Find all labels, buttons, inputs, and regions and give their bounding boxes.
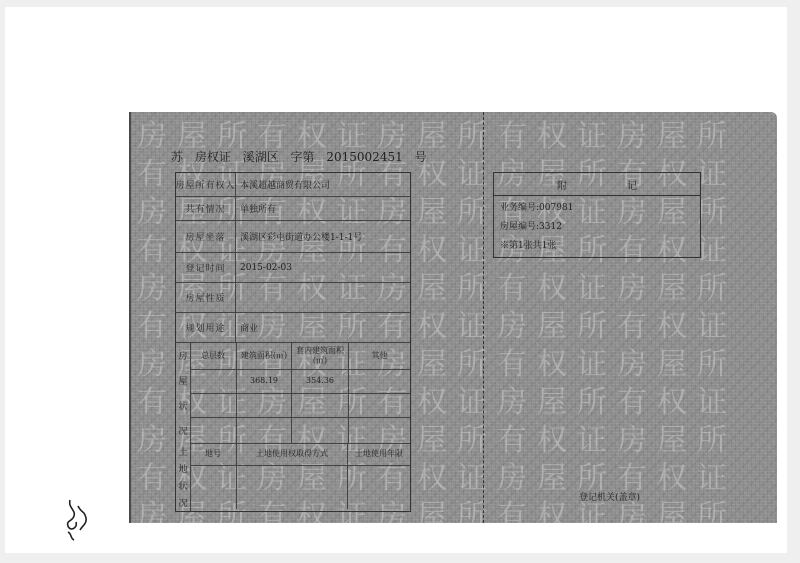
handwritten-signature <box>62 496 92 542</box>
cell-empty <box>190 393 237 417</box>
field-label: 房屋所有权人 <box>176 173 236 196</box>
heading-prefix: 苏 <box>171 150 183 164</box>
status-empty-row <box>190 417 410 444</box>
issuing-authority: 登记机关(盖章) <box>579 490 640 503</box>
cell-empty <box>348 465 410 509</box>
land-header-row: 地号 土地使用权取得方式 土地使用年限 <box>190 443 410 466</box>
side-char: 土 <box>178 445 187 458</box>
status-empty-row <box>190 393 410 418</box>
scanned-certificate: 房屋所有权证房屋所有权证房屋所有权证房屋所有权证房屋所有权证房屋所有权证房屋所有… <box>129 112 777 523</box>
field-row-co-ownership: 共有情况 单独所有 <box>176 197 410 221</box>
field-row-owner: 房屋所有权人 本溪超越商贸有限公司 <box>176 173 410 197</box>
side-char: 屋 <box>178 374 187 387</box>
cell-empty <box>237 393 292 417</box>
fold-line <box>483 112 484 523</box>
field-value: 2015-02-03 <box>236 263 292 273</box>
header-land-acquisition: 土地使用权取得方式 <box>237 443 348 465</box>
certificate-heading: 苏 房权证 溪湖区 字第 2015002451 号 <box>171 148 435 165</box>
header-other: 其他 <box>349 343 410 369</box>
heading-number: 2015002451 <box>326 150 402 164</box>
cell-empty <box>292 417 349 443</box>
house-status-side-label: 房 屋 状 况 <box>176 343 191 443</box>
cell-floors <box>190 369 237 393</box>
cell-empty <box>349 417 410 443</box>
cell-empty <box>237 417 292 443</box>
cell-empty <box>292 393 349 417</box>
field-row-planned-use: 规划用途 商业 <box>176 313 410 343</box>
cell-other <box>349 369 410 393</box>
cell-empty <box>237 465 348 509</box>
side-char: 地 <box>178 462 187 475</box>
header-land-term: 土地使用年限 <box>348 443 410 465</box>
status-data-row: 368.19 354.36 <box>190 369 410 394</box>
status-header-row: 总层数 建筑面积(㎡) 套内建筑面积(㎡) 其他 <box>190 343 410 370</box>
side-char: 状 <box>178 479 187 492</box>
header-lot-no: 地号 <box>190 443 237 465</box>
land-status-side-label: 土 地 状 况 <box>176 443 191 511</box>
field-label: 房屋性质 <box>176 283 236 312</box>
field-label: 登记时间 <box>176 253 236 282</box>
side-char: 状 <box>178 399 187 412</box>
field-value: 本溪超越商贸有限公司 <box>236 178 330 191</box>
field-value: 商业 <box>236 321 258 334</box>
cell-inner-area: 354.36 <box>292 369 349 393</box>
field-value: 单独所有 <box>236 202 276 215</box>
field-row-registration-date: 登记时间 2015-02-03 <box>176 253 410 283</box>
cell-empty <box>190 417 237 443</box>
cell-empty <box>190 465 237 509</box>
cell-empty <box>349 393 410 417</box>
header-inner-area: 套内建筑面积(㎡) <box>292 343 349 369</box>
property-status-block: 房 屋 状 况 总层数 建筑面积(㎡) 套内建筑面积(㎡) 其他 368.19 … <box>176 343 410 511</box>
note-house-no: 房屋编号:3312 <box>494 215 700 234</box>
note-sheet: ※第1张共1张 <box>494 234 700 253</box>
heading-cert-type: 房权证 <box>195 150 231 164</box>
header-building-area: 建筑面积(㎡) <box>237 343 292 369</box>
ownership-table: 房屋所有权人 本溪超越商贸有限公司 共有情况 单独所有 房屋坐落 溪湖区彩屯街道… <box>175 172 411 512</box>
field-label: 规划用途 <box>176 313 236 342</box>
land-data-row <box>190 465 410 509</box>
heading-suffix: 号 <box>415 150 427 164</box>
field-row-location: 房屋坐落 溪湖区彩屯街道办公楼1-1-1号 <box>176 221 410 253</box>
field-value: 溪湖区彩屯街道办公楼1-1-1号 <box>236 230 362 243</box>
field-label: 共有情况 <box>176 197 236 220</box>
field-label: 房屋坐落 <box>176 221 236 252</box>
cell-building-area: 368.19 <box>237 369 292 393</box>
note-business-no: 业务编号:007981 <box>494 196 700 215</box>
heading-char-label: 字第 <box>291 150 315 164</box>
side-char: 房 <box>178 349 187 362</box>
field-row-property-nature: 房屋性质 <box>176 283 410 313</box>
heading-district: 溪湖区 <box>243 150 279 164</box>
header-floors: 总层数 <box>190 343 237 369</box>
side-char: 况 <box>178 424 187 437</box>
notes-title: 附记 <box>494 173 700 196</box>
notes-box: 附记 业务编号:007981 房屋编号:3312 ※第1张共1张 <box>493 172 701 258</box>
side-char: 况 <box>178 496 187 509</box>
